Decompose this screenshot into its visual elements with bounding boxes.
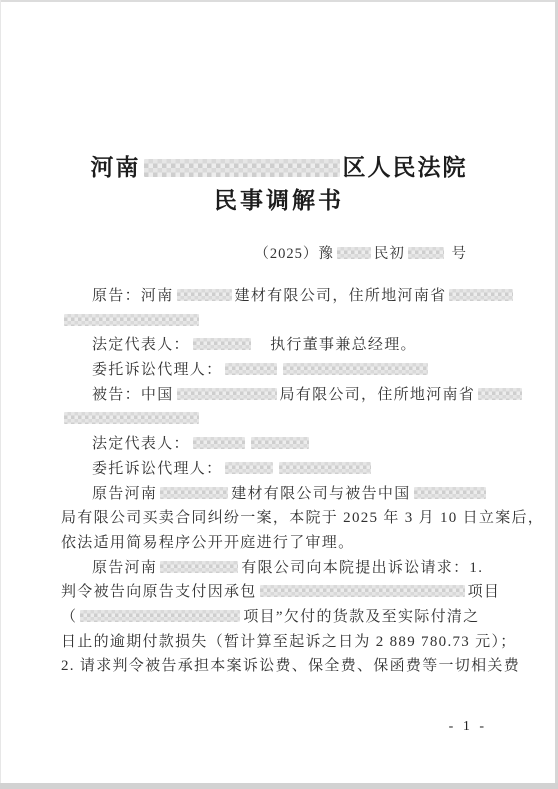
text-run: 项目”欠付的货款及至实际付清之 bbox=[243, 609, 479, 625]
redacted-block bbox=[414, 487, 486, 499]
page-edge-bottom bbox=[0, 783, 558, 789]
text-run: 民初 bbox=[374, 246, 405, 262]
redacted-block bbox=[478, 388, 522, 400]
body-line: 依法适用简易程序公开开庭进行了审理。 bbox=[61, 531, 501, 556]
text-run: （ bbox=[61, 609, 77, 625]
body-line: 法定代表人： bbox=[61, 432, 501, 457]
body-lines: 原告：河南建材有限公司，住所地河南省法定代表人： 执行董事兼总经理。委托诉讼代理… bbox=[61, 284, 501, 679]
body-line: 原告：河南建材有限公司，住所地河南省 bbox=[61, 284, 501, 309]
text-run: 判令被告向原告支付因承包 bbox=[61, 584, 257, 600]
text-run: 原告：河南 bbox=[92, 288, 174, 304]
redacted-block bbox=[64, 412, 199, 424]
text-run: 号 bbox=[447, 246, 467, 262]
redacted-block bbox=[193, 437, 245, 449]
redacted-block bbox=[251, 437, 309, 449]
text-run: 原告河南 bbox=[92, 486, 157, 502]
redacted-block bbox=[80, 610, 240, 622]
redacted-block bbox=[160, 487, 228, 499]
redacted-block bbox=[283, 363, 428, 375]
redacted-block bbox=[408, 247, 444, 259]
body-line bbox=[61, 309, 501, 334]
text-run: 局有限公司，住所地河南省 bbox=[280, 387, 476, 403]
page-number: - 1 - bbox=[449, 719, 487, 735]
text-run: 原告河南 bbox=[92, 560, 157, 576]
redacted-block bbox=[279, 462, 371, 474]
text-run: 2. 请求判令被告承担本案诉讼费、保全费、保函费等一切相关费 bbox=[61, 658, 520, 674]
body-line: 原告河南建材有限公司与被告中国 bbox=[61, 482, 501, 507]
body-line: 2. 请求判令被告承担本案诉讼费、保全费、保函费等一切相关费 bbox=[61, 654, 501, 679]
text-run: 委托诉讼代理人： bbox=[92, 461, 222, 477]
redacted-block bbox=[260, 585, 465, 597]
case-number: （2025）豫民初 号 bbox=[254, 242, 467, 263]
text-run: 依法适用简易程序公开开庭进行了审理。 bbox=[61, 535, 354, 551]
text-run: 项目 bbox=[468, 584, 501, 600]
text-run: 区人民法院 bbox=[343, 154, 468, 180]
text-run: 法定代表人： bbox=[92, 337, 190, 353]
redacted-block bbox=[64, 314, 199, 326]
text-run: 建材有限公司与被告中国 bbox=[231, 486, 410, 502]
court-title: 河南区人民法院 bbox=[0, 150, 558, 184]
redacted-block bbox=[177, 388, 277, 400]
body-line: 法定代表人： 执行董事兼总经理。 bbox=[61, 333, 501, 358]
text-run: （2025）豫 bbox=[254, 246, 334, 262]
body-line: （项目”欠付的货款及至实际付清之 bbox=[61, 605, 501, 630]
text-run: 建材有限公司，住所地河南省 bbox=[235, 288, 447, 304]
document-page: 河南区人民法院 民事调解书 （2025）豫民初 号 原告：河南建材有限公司，住所… bbox=[0, 0, 558, 789]
text-run: 被告：中国 bbox=[92, 387, 174, 403]
text-run: 执行董事兼总经理。 bbox=[254, 337, 417, 353]
body-line: 原告河南有限公司向本院提出诉讼请求：1. bbox=[61, 556, 501, 581]
text-run: 委托诉讼代理人： bbox=[92, 362, 222, 378]
body-line: 委托诉讼代理人： bbox=[61, 457, 501, 482]
document-type-title: 民事调解书 bbox=[0, 184, 558, 217]
page-edge-left bbox=[0, 0, 1, 789]
redacted-block bbox=[449, 289, 513, 301]
redacted-block bbox=[337, 247, 371, 259]
body-line: 局有限公司买卖合同纠纷一案，本院于 2025 年 3 月 10 日立案后， bbox=[61, 506, 501, 531]
page-edge-top bbox=[0, 0, 558, 2]
redacted-block bbox=[144, 159, 340, 177]
body-line: 被告：中国局有限公司，住所地河南省 bbox=[61, 383, 501, 408]
body-line: 判令被告向原告支付因承包项目 bbox=[61, 580, 501, 605]
document-header: 河南区人民法院 民事调解书 bbox=[0, 150, 558, 217]
body-line: 委托诉讼代理人： bbox=[61, 358, 501, 383]
body-line bbox=[61, 407, 501, 432]
text-run: 法定代表人： bbox=[92, 436, 190, 452]
redacted-block bbox=[177, 289, 232, 301]
redacted-block bbox=[225, 462, 273, 474]
redacted-block bbox=[225, 363, 277, 375]
text-run: 河南 bbox=[91, 154, 141, 180]
text-run: 局有限公司买卖合同纠纷一案，本院于 2025 年 3 月 10 日立案后， bbox=[61, 510, 544, 526]
redacted-block bbox=[160, 561, 238, 573]
text-run: 有限公司向本院提出诉讼请求：1. bbox=[241, 560, 483, 576]
text-run: 日止的逾期付款损失（暂计算至起诉之日为 2 889 780.73 元）； bbox=[61, 634, 517, 650]
redacted-block bbox=[193, 338, 251, 350]
body-line: 日止的逾期付款损失（暂计算至起诉之日为 2 889 780.73 元）； bbox=[61, 630, 501, 655]
